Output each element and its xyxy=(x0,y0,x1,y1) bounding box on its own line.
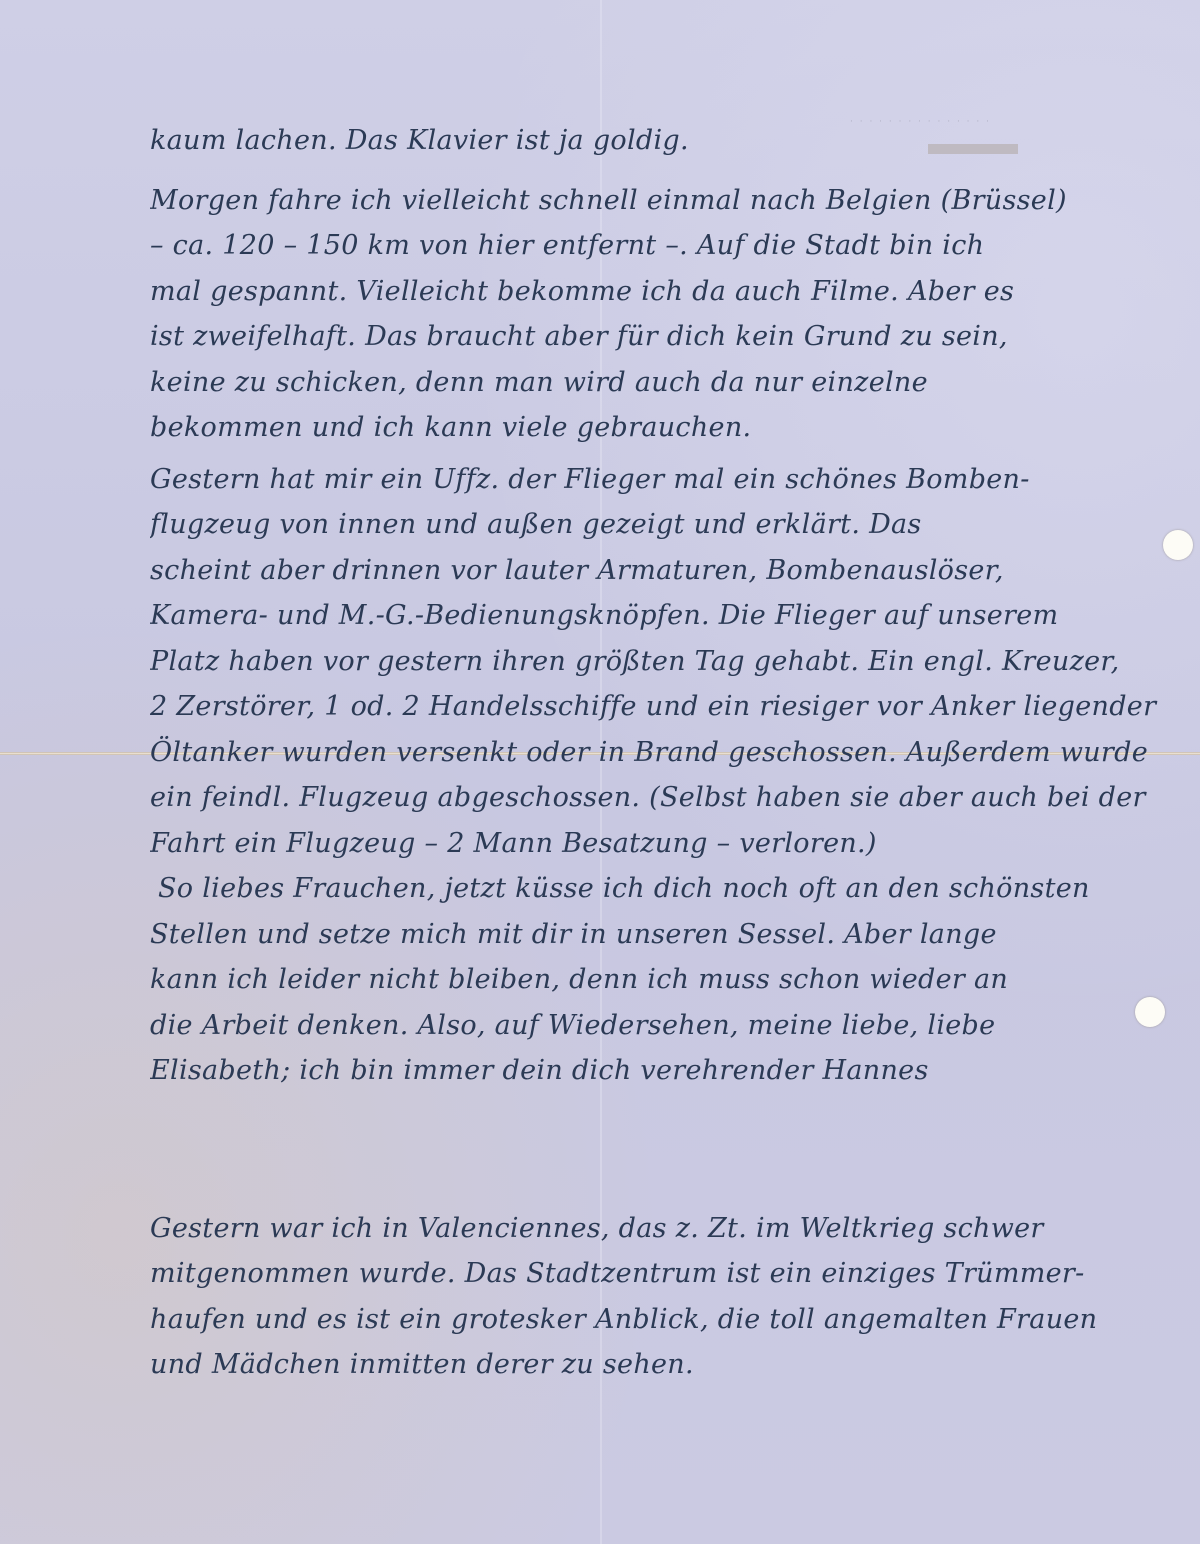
letter-signature-line: Elisabeth; ich bin immer dein dich vereh… xyxy=(150,1048,1200,1094)
letter-line: 2 Zerstörer, 1 od. 2 Handelsschiffe und … xyxy=(150,684,1200,730)
letter-line: Platz haben vor gestern ihren größten Ta… xyxy=(150,639,1200,685)
letter-line: Kamera- und M.-G.-Bedienungsknöpfen. Die… xyxy=(150,593,1200,639)
letter-line: – ca. 120 – 150 km von hier entfernt –. … xyxy=(150,223,1200,269)
postscript-line: mitgenommen wurde. Das Stadtzentrum ist … xyxy=(150,1251,1200,1297)
letter-line: bekommen und ich kann viele gebrauchen. xyxy=(150,405,1200,451)
letter-line: mal gespannt. Vielleicht bekomme ich da … xyxy=(150,269,1200,315)
letter-line: keine zu schicken, denn man wird auch da… xyxy=(150,360,1200,406)
letter-line: kaum lachen. Das Klavier ist ja goldig. xyxy=(150,118,1200,164)
letter-line: ein feindl. Flugzeug abgeschossen. (Selb… xyxy=(150,775,1200,821)
letter-line: Öltanker wurden versenkt oder in Brand g… xyxy=(150,730,1200,776)
letter-line: So liebes Frauchen, jetzt küsse ich dich… xyxy=(150,866,1200,912)
letter-line: flugzeug von innen und außen gezeigt und… xyxy=(150,502,1200,548)
postscript-line: haufen und es ist ein grotesker Anblick,… xyxy=(150,1297,1200,1343)
letter-line: Gestern hat mir ein Uffz. der Flieger ma… xyxy=(150,457,1200,503)
letter-line: Stellen und setze mich mit dir in unsere… xyxy=(150,912,1200,958)
letter-page: · · · · · · · · · · · · · · · kaum lache… xyxy=(0,0,1200,1544)
letter-body: kaum lachen. Das Klavier ist ja goldig. … xyxy=(150,118,1200,1388)
letter-line: Morgen fahre ich vielleicht schnell einm… xyxy=(150,178,1200,224)
letter-line: die Arbeit denken. Also, auf Wiedersehen… xyxy=(150,1003,1200,1049)
postscript-line: und Mädchen inmitten derer zu sehen. xyxy=(150,1342,1200,1388)
letter-line: Fahrt ein Flugzeug – 2 Mann Besatzung – … xyxy=(150,821,1200,867)
postscript-line: Gestern war ich in Valenciennes, das z. … xyxy=(150,1206,1200,1252)
letter-line: kann ich leider nicht bleiben, denn ich … xyxy=(150,957,1200,1003)
letter-line: ist zweifelhaft. Das braucht aber für di… xyxy=(150,314,1200,360)
letter-line: scheint aber drinnen vor lauter Armature… xyxy=(150,548,1200,594)
